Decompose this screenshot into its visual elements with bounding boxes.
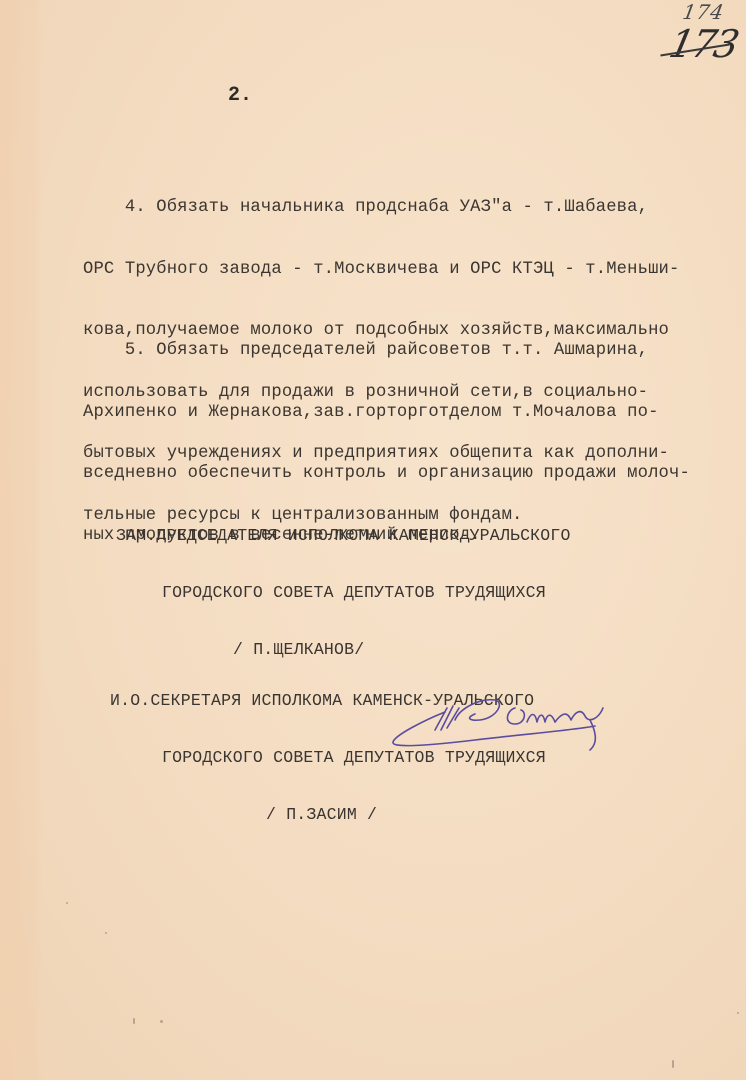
handwritten-signature [385, 690, 615, 760]
archive-folio-old: 174 [681, 0, 726, 24]
paragraph-line: 4. Обязать начальника продснаба УАЗ"а - … [83, 198, 743, 219]
paper-speck [672, 1060, 674, 1068]
signatory-title-line: ЗАМ.ПРЕДСЕДАТЕЛЯ ИСПОЛКОМА КАМЕНСК-УРАЛЬ… [116, 526, 746, 545]
paper-speck [66, 902, 68, 904]
paragraph-line: вседневно обеспечить контроль и организа… [83, 464, 743, 485]
signatory-name: / П.ЗАСИМ / [266, 805, 746, 824]
paper-speck [105, 932, 107, 934]
page-number: 2. [228, 84, 252, 107]
signatory-title-line: ГОРОДСКОГО СОВЕТА ДЕПУТАТОВ ТРУДЯЩИХСЯ [162, 583, 746, 602]
paragraph-line: ОРС Трубного завода - т.Москвичева и ОРС… [83, 260, 743, 281]
paragraph-line: 5. Обязать председателей райсоветов т.т.… [83, 341, 743, 362]
signature-block-acting-secretary: И.О.СЕКРЕТАРЯ ИСПОЛКОМА КАМЕНСК-УРАЛЬСКО… [0, 653, 746, 843]
paragraph-line: Архипенко и Жернакова,зав.горторготделом… [83, 403, 743, 424]
paper-speck [133, 1018, 135, 1024]
archive-folio-new: 173 [665, 22, 741, 66]
paper-speck [160, 1020, 163, 1023]
signature-block-deputy-chairman: ЗАМ.ПРЕДСЕДАТЕЛЯ ИСПОЛКОМА КАМЕНСК-УРАЛЬ… [0, 488, 746, 678]
paper-speck [737, 1012, 739, 1014]
